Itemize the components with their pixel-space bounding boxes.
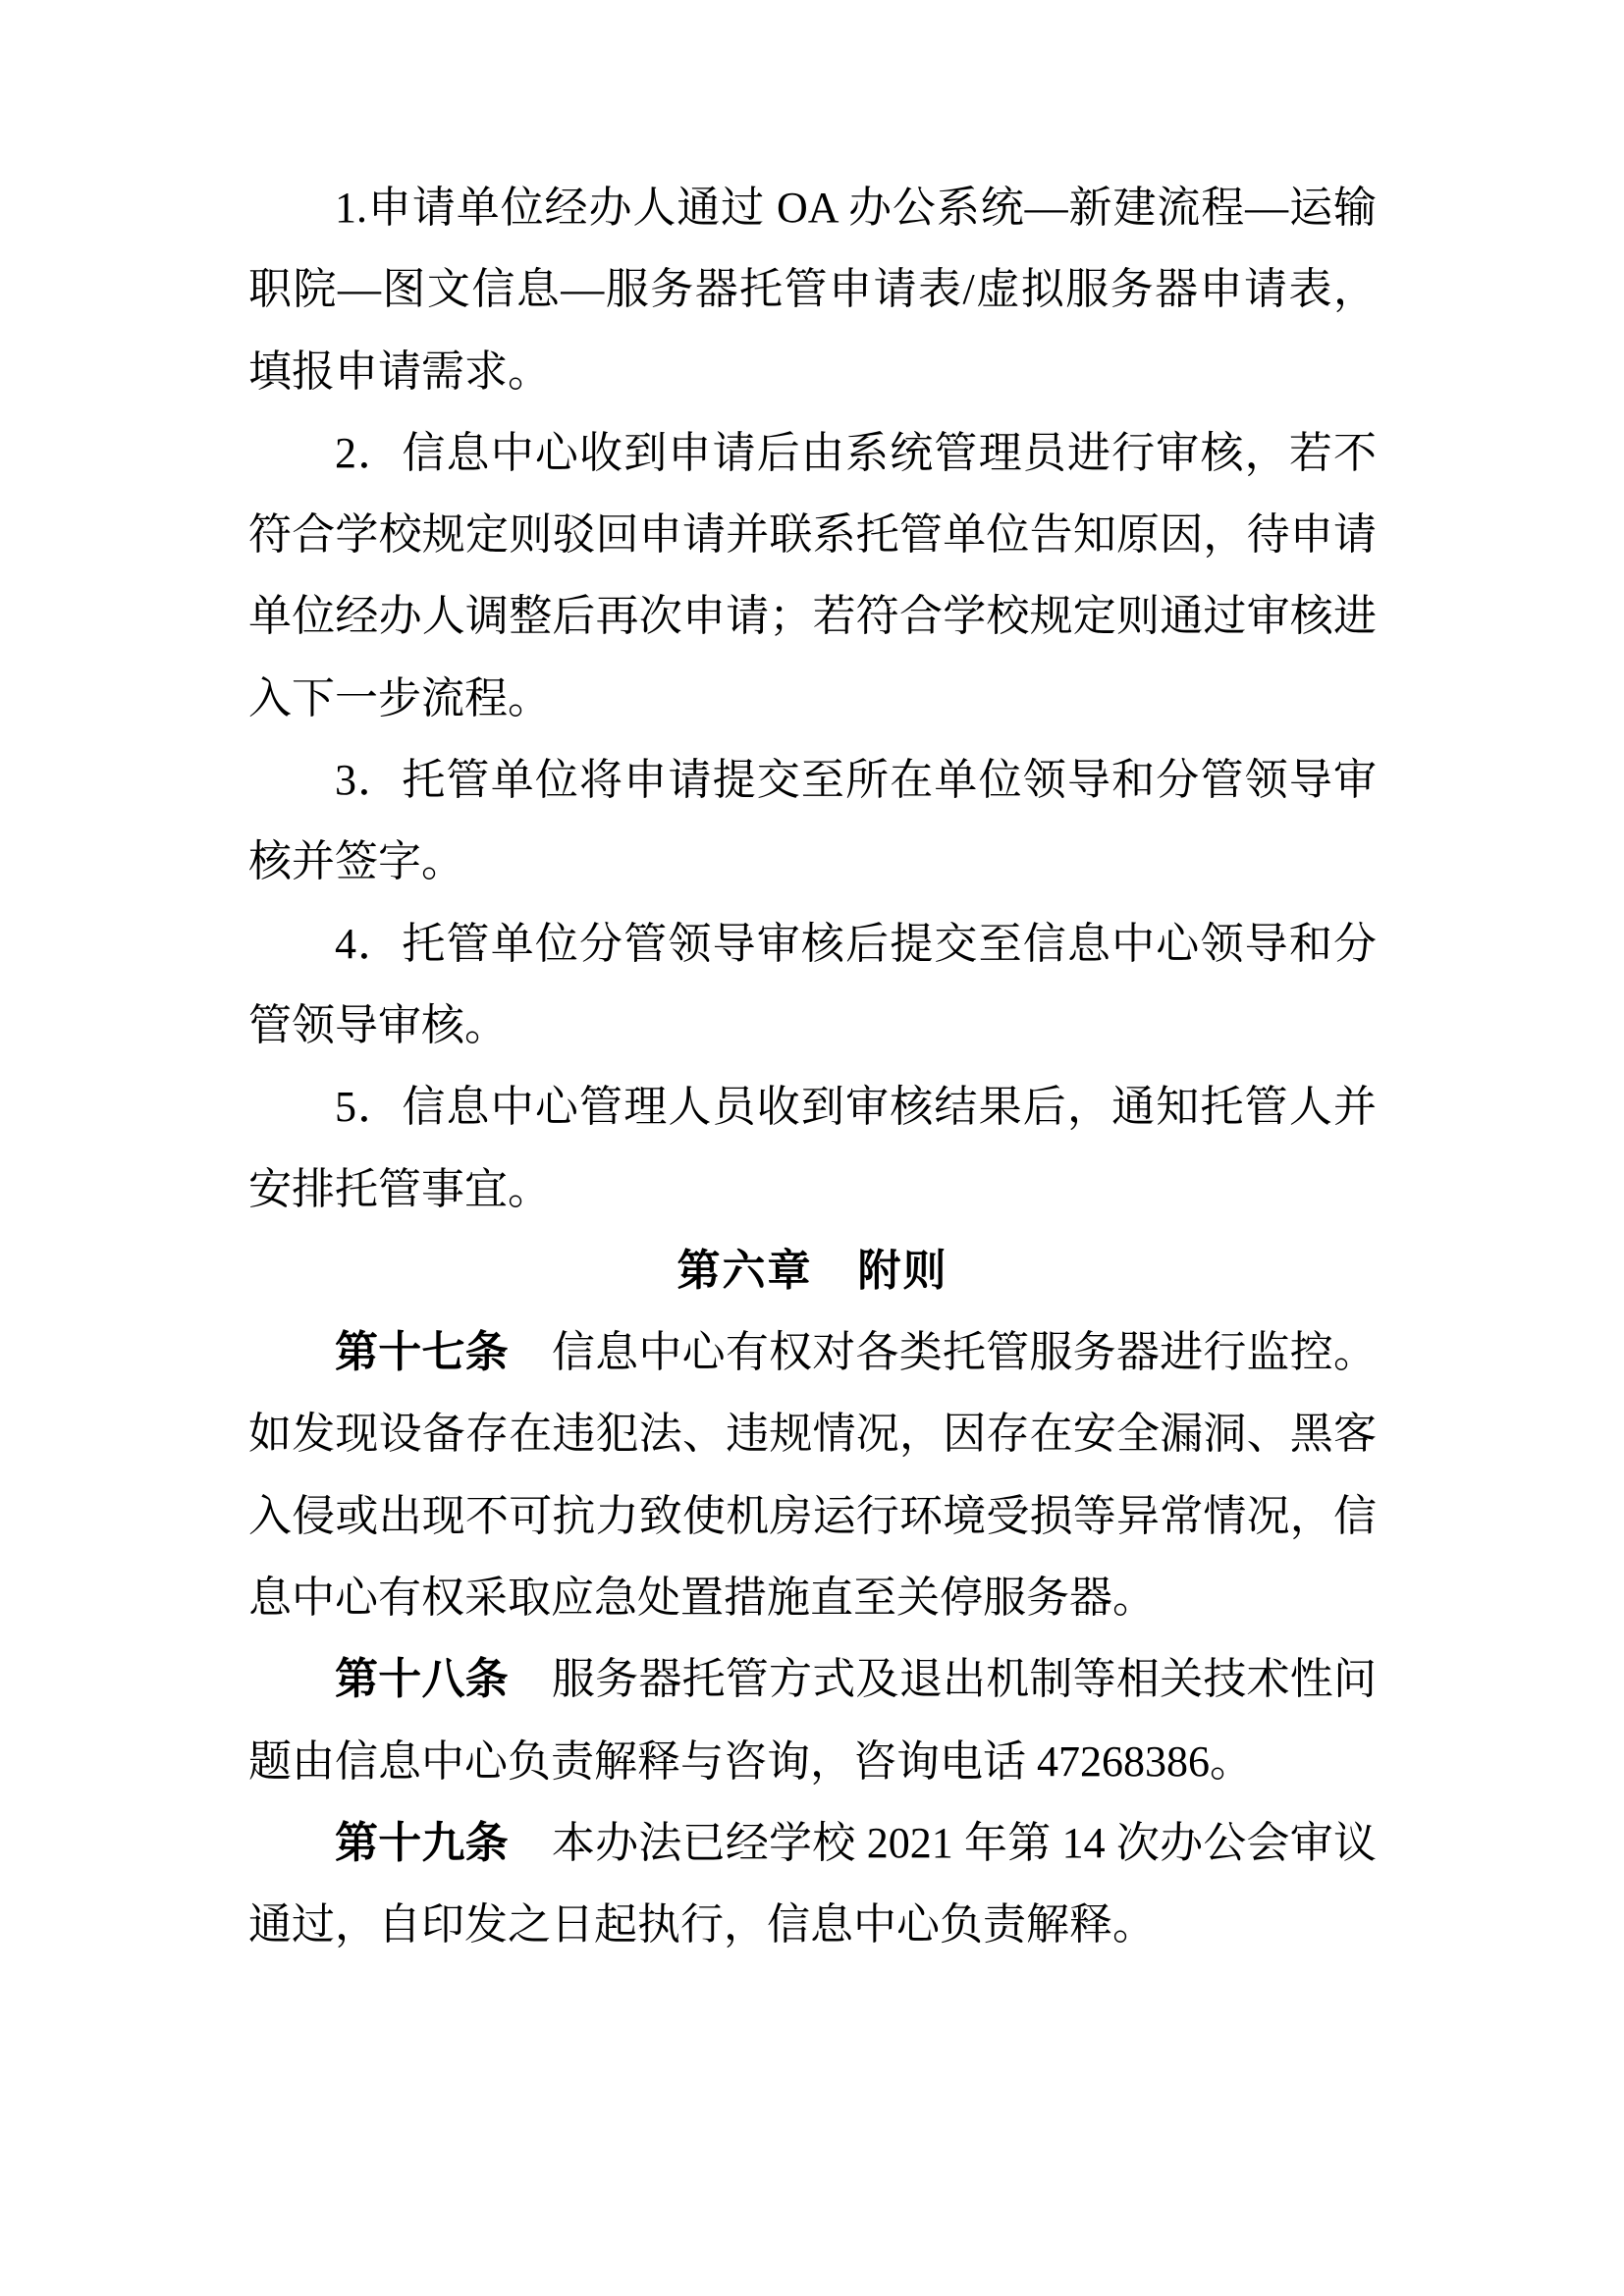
article-17-term: 第十七条 [335, 1328, 509, 1376]
numbered-step-4: 4．托管单位分管领导审核后提交至信息中心领导和分管领导审核。 [248, 903, 1377, 1067]
numbered-step-3: 3．托管单位将申请提交至所在单位领导和分管领导审核并签字。 [248, 739, 1377, 903]
numbered-step-5: 5．信息中心管理人员收到审核结果后，通知托管人并安排托管事宜。 [248, 1066, 1377, 1230]
numbered-step-2: 2．信息中心收到申请后由系统管理员进行审核，若不符合学校规定则驳回申请并联系托管… [248, 412, 1377, 739]
article-19: 第十九条本办法已经学校 2021 年第 14 次办公会审议通过，自印发之日起执行… [248, 1802, 1377, 1966]
numbered-step-1: 1.申请单位经办人通过 OA 办公系统—新建流程—运输职院—图文信息—服务器托管… [248, 167, 1377, 412]
document-content: 1.申请单位经办人通过 OA 办公系统—新建流程—运输职院—图文信息—服务器托管… [248, 167, 1377, 1966]
article-18: 第十八条服务器托管方式及退出机制等相关技术性问题由信息中心负责解释与咨询，咨询电… [248, 1638, 1377, 1802]
article-19-term: 第十九条 [335, 1819, 509, 1867]
article-17: 第十七条信息中心有权对各类托管服务器进行监控。如发现设备存在违犯法、违规情况，因… [248, 1311, 1377, 1638]
chapter-heading: 第六章 附则 [248, 1230, 1377, 1311]
article-18-term: 第十八条 [335, 1655, 509, 1703]
document-page: 1.申请单位经办人通过 OA 办公系统—新建流程—运输职院—图文信息—服务器托管… [0, 0, 1624, 2296]
